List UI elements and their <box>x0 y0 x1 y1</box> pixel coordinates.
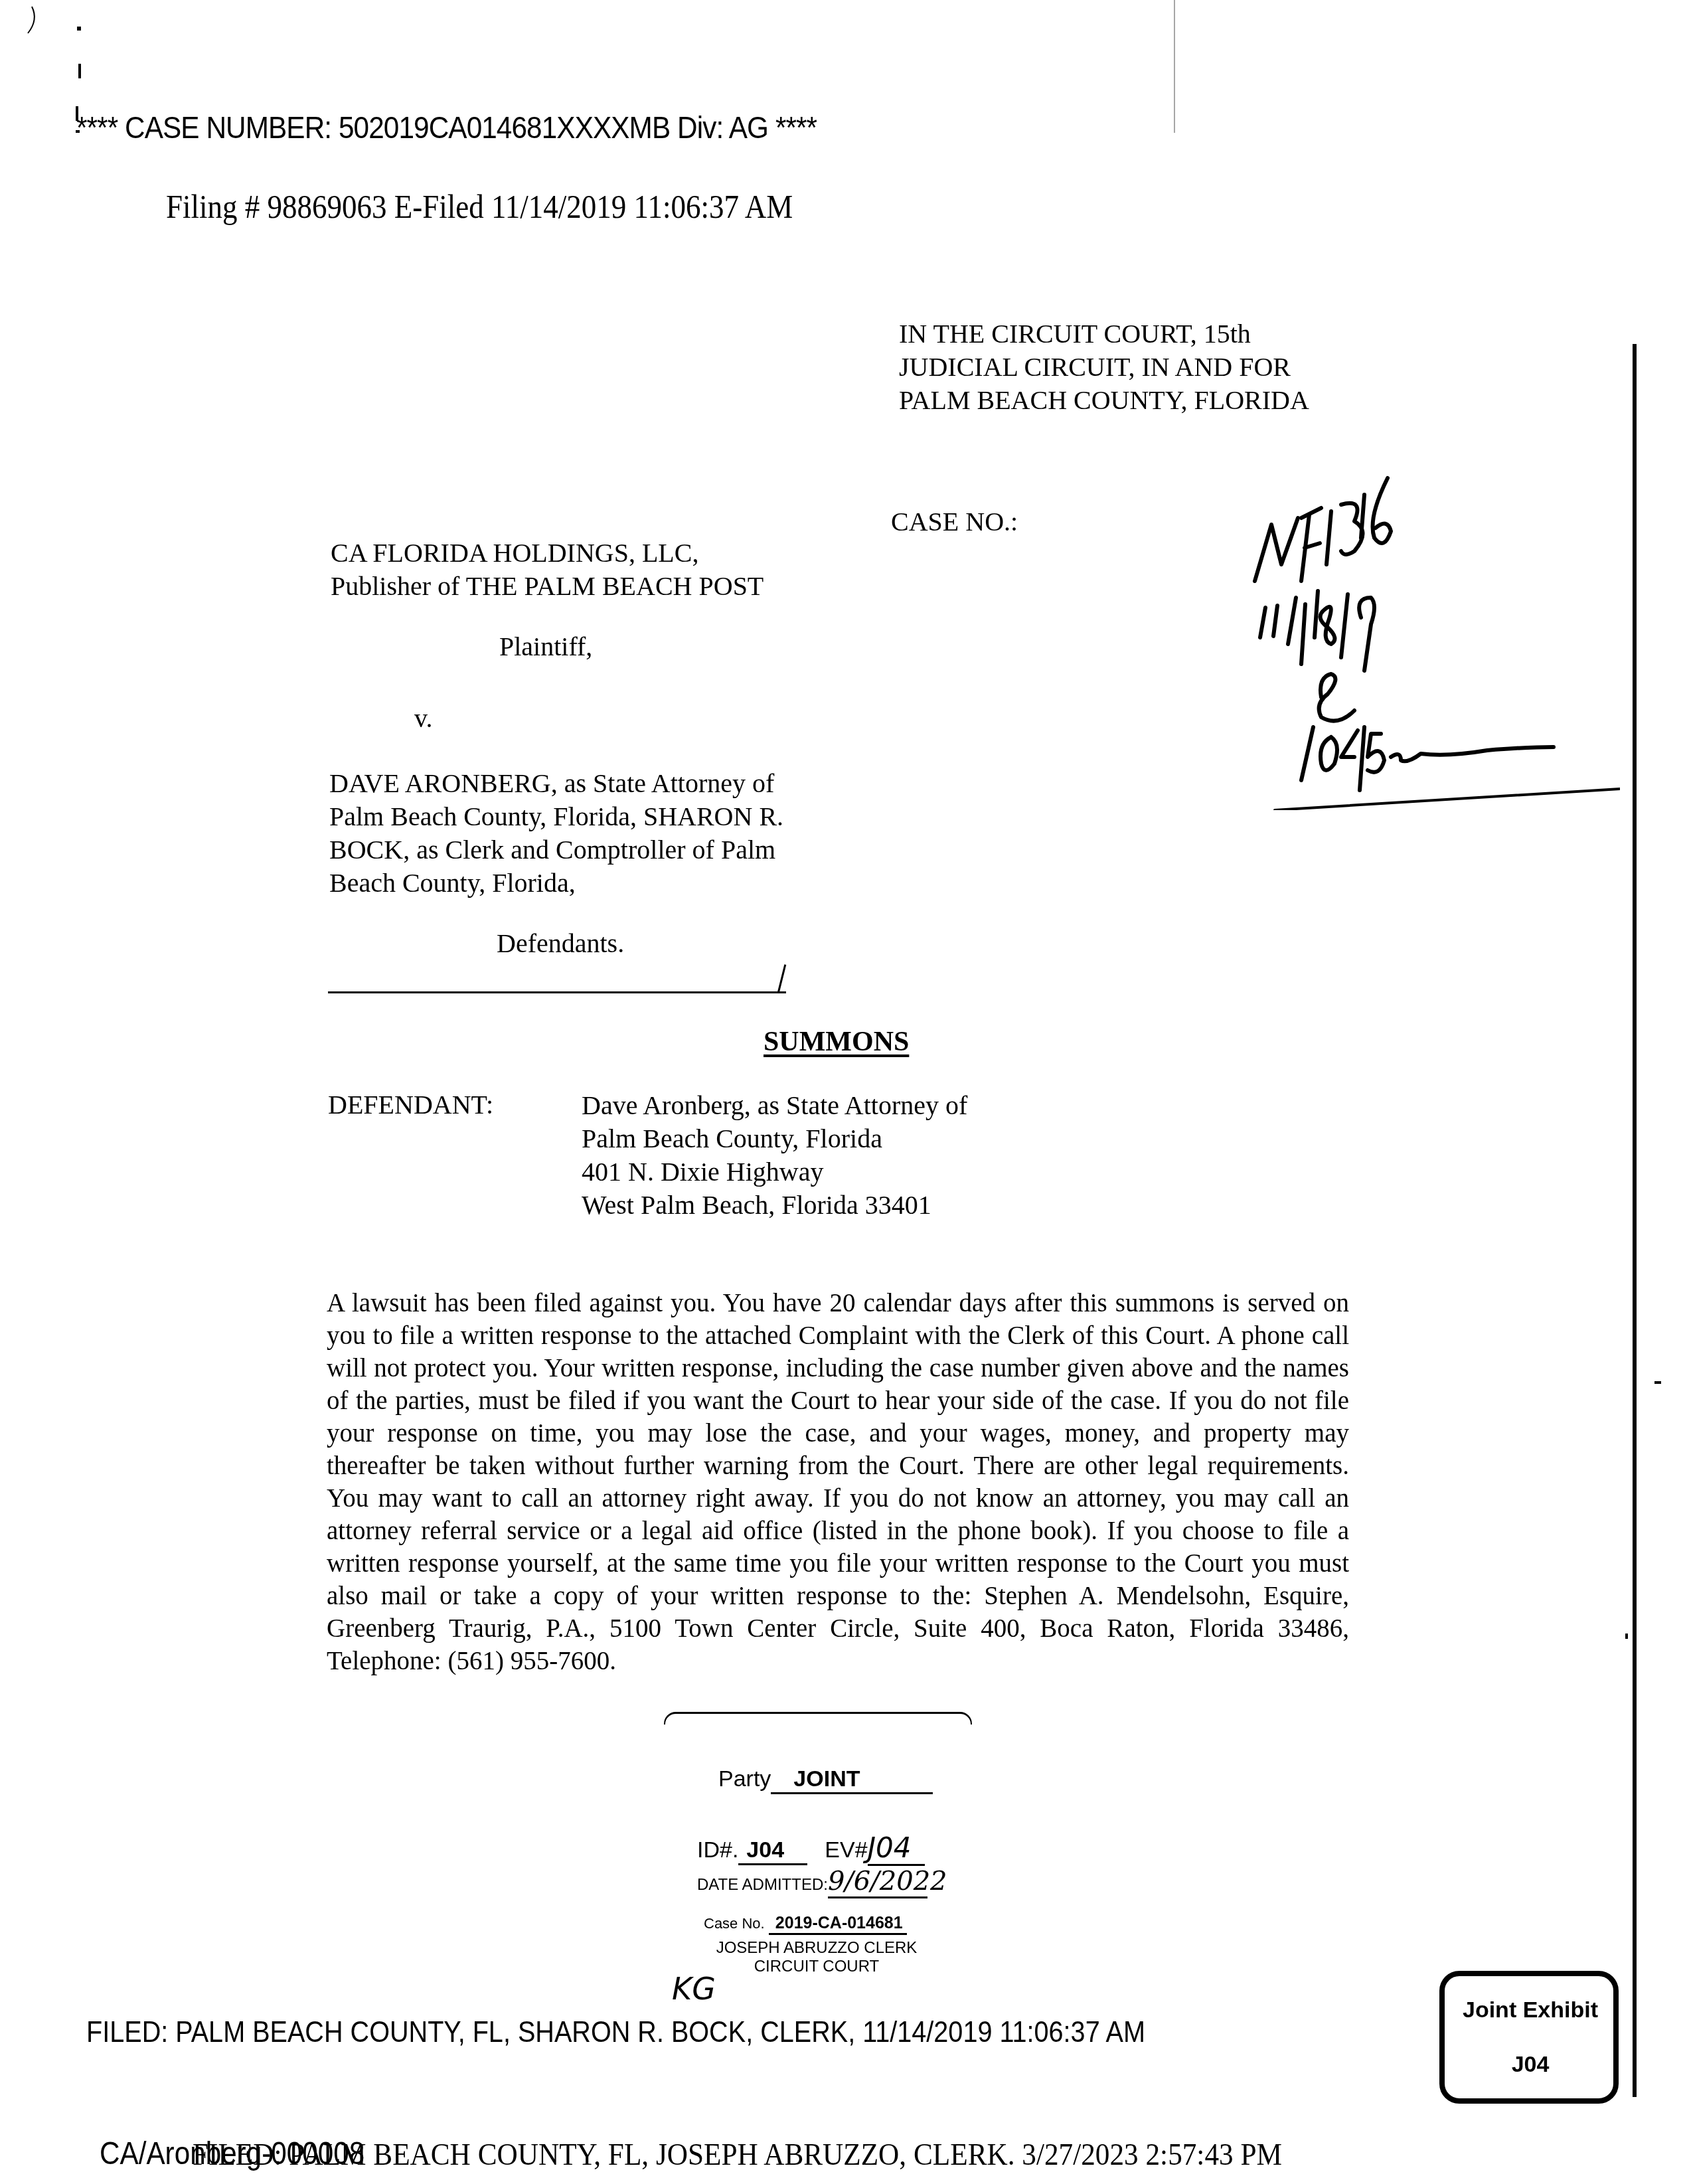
defendants-line: DAVE ARONBERG, as State Attorney of <box>329 767 783 800</box>
plaintiff-line: CA FLORIDA HOLDINGS, LLC, <box>331 537 764 570</box>
date-admitted-label: DATE ADMITTED: <box>697 1876 828 1894</box>
filed-stamp-footer: FILED: PALM BEACH COUNTY, FL, SHARON R. … <box>86 2016 1145 2049</box>
defendants-line: Beach County, Florida, <box>329 867 783 900</box>
defendants-line: BOCK, as Clerk and Comptroller of Palm <box>329 833 783 867</box>
party-label: Party <box>718 1766 771 1792</box>
court-heading-line: PALM BEACH COUNTY, FLORIDA <box>899 384 1309 417</box>
court-heading-line: JUDICIAL CIRCUIT, IN AND FOR <box>899 351 1309 384</box>
stamp-court-name: CIRCUIT COURT <box>704 1958 929 1976</box>
defendants-line: Palm Beach County, Florida, SHARON R. <box>329 800 783 833</box>
id-label: ID#. <box>697 1837 738 1863</box>
address-line: West Palm Beach, Florida 33401 <box>582 1189 967 1222</box>
exhibit-sticker <box>1439 1971 1619 2104</box>
refiled-stamp: FILED: PALM BEACH COUNTY, FL, JOSEPH ABR… <box>193 2137 1282 2172</box>
stamp-id-row: ID#.J04EV#J04 <box>697 1831 925 1866</box>
stamp-party-row: PartyJOINT <box>718 1766 933 1794</box>
evidence-stamp-border <box>664 1712 972 1724</box>
address-line: 401 N. Dixie Highway <box>582 1155 967 1189</box>
plaintiff-name: CA FLORIDA HOLDINGS, LLC, Publisher of T… <box>331 537 764 603</box>
stamp-case-no-label: Case No. <box>704 1915 765 1932</box>
handwritten-initials: KG <box>672 1971 716 2007</box>
plaintiff-label: Plaintiff, <box>499 631 592 662</box>
handwritten-receipt-note <box>1248 465 1620 810</box>
stamp-date-row: DATE ADMITTED:9/6/2022 <box>697 1866 927 1898</box>
summons-title: SUMMONS <box>764 1026 909 1058</box>
id-value: J04 <box>738 1837 807 1865</box>
summons-body: A lawsuit has been filed against you. Yo… <box>327 1287 1349 1677</box>
court-heading: IN THE CIRCUIT COURT, 15th JUDICIAL CIRC… <box>899 317 1309 417</box>
caption-divider <box>328 991 786 993</box>
date-admitted-value: 9/6/2022 <box>828 1866 927 1898</box>
e-filing-line: Filing # 98869063 E-Filed 11/14/2019 11:… <box>166 187 793 226</box>
court-heading-line: IN THE CIRCUIT COURT, 15th <box>899 317 1309 351</box>
case-number-banner: **** CASE NUMBER: 502019CA014681XXXXMB D… <box>76 110 817 145</box>
defendants-names: DAVE ARONBERG, as State Attorney of Palm… <box>329 767 783 900</box>
stamp-case-no-value: 2019-CA-014681 <box>769 1914 907 1935</box>
stamp-clerk-name: JOSEPH ABRUZZO CLERK <box>704 1939 929 1958</box>
caption-divider-slash <box>777 964 787 993</box>
defendant-address: Dave Aronberg, as State Attorney of Palm… <box>582 1089 967 1222</box>
ev-value: J04 <box>868 1831 925 1866</box>
exhibit-label: Joint Exhibit <box>1447 1997 1613 2023</box>
defendants-label: Defendants. <box>497 928 624 959</box>
scan-edge-line <box>1633 344 1637 2097</box>
case-no-label: CASE NO.: <box>891 506 1018 537</box>
defendant-label: DEFENDANT: <box>328 1089 493 1120</box>
exhibit-id: J04 <box>1447 2052 1613 2078</box>
versus-label: v. <box>414 703 432 734</box>
party-value: JOINT <box>771 1766 933 1794</box>
stamp-case-no-row: Case No. 2019-CA-014681 <box>704 1914 907 1935</box>
address-line: Dave Aronberg, as State Attorney of <box>582 1089 967 1122</box>
ev-label: EV# <box>825 1837 867 1863</box>
address-line: Palm Beach County, Florida <box>582 1122 967 1155</box>
plaintiff-line: Publisher of THE PALM BEACH POST <box>331 570 764 603</box>
